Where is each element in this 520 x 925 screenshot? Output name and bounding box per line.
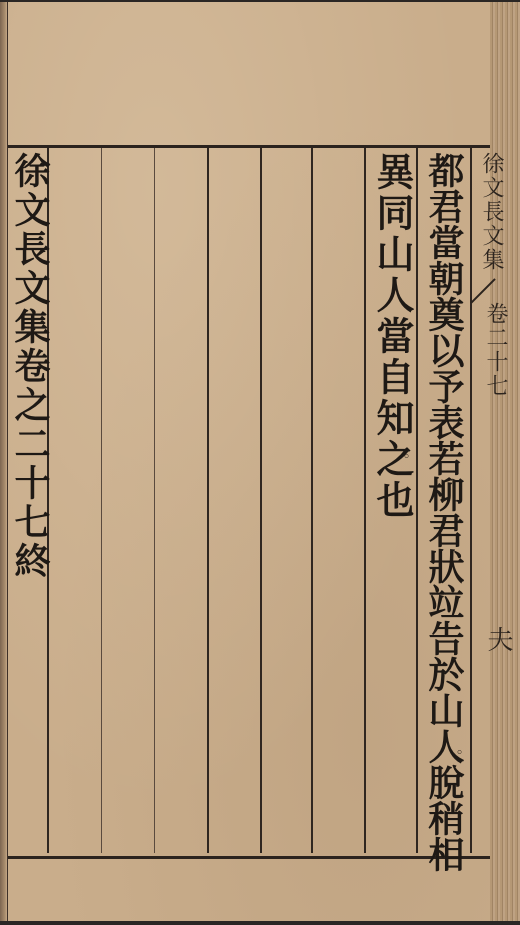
page-left-edge xyxy=(0,2,8,921)
column-divider xyxy=(101,148,102,853)
column-divider xyxy=(207,148,209,853)
fold-margin-page-marker: 夫 xyxy=(480,626,517,654)
column-divider xyxy=(311,148,313,853)
text-column-9: 都君當朝奠以予表若柳君狀竝告於山人脫稍相 xyxy=(421,152,467,872)
text-column-8: 異同山人當自知之也 xyxy=(369,152,415,521)
book-page: 徐文長文集卷之二十七終 異同山人當自知之也 都君當朝奠以予表若柳君狀竝告於山人脫… xyxy=(0,2,520,921)
fold-edge xyxy=(490,2,520,921)
column-divider xyxy=(416,148,418,853)
column-divider xyxy=(364,148,366,853)
punctuation-circle: 。 xyxy=(457,738,471,758)
fold-margin-juan: 卷二十七 xyxy=(480,302,511,398)
fold-margin-title: 徐文長文集 xyxy=(476,152,507,272)
colophon-column: 徐文長文集卷之二十七終 xyxy=(8,152,52,581)
punctuation-circle: 。 xyxy=(404,442,418,462)
column-divider xyxy=(154,148,155,853)
column-divider xyxy=(260,148,262,853)
